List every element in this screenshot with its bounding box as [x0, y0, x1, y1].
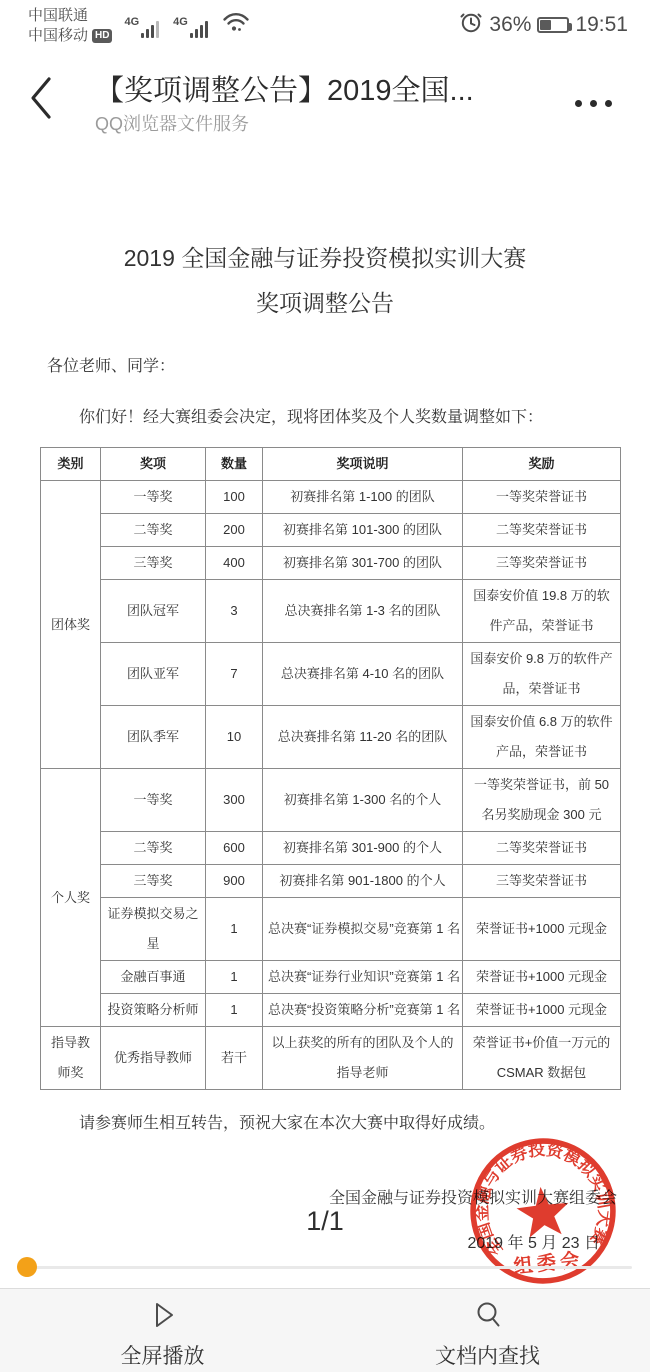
table-row: 指导教师奖优秀指导教师若干以上获奖的所有的团队及个人的指导老师荣誉证书+价值一万… — [41, 1027, 621, 1090]
description-cell: 总决赛排名第 4-10 名的团队 — [263, 643, 463, 706]
quantity-cell: 300 — [206, 769, 263, 832]
description-cell: 总决赛“投资策略分析”竞赛第 1 名 — [263, 994, 463, 1027]
back-button[interactable] — [22, 70, 62, 126]
description-cell: 总决赛排名第 11-20 名的团队 — [263, 706, 463, 769]
hd-badge: HD — [92, 29, 112, 43]
document-title-bar: 【奖项调整公告】2019全国... — [95, 68, 535, 109]
table-row: 二等奖200初赛排名第 101-300 的团队二等奖荣誉证书 — [41, 514, 621, 547]
more-menu-button[interactable] — [569, 94, 618, 113]
description-cell: 总决赛排名第 1-3 名的团队 — [263, 580, 463, 643]
column-header: 奖项 — [101, 448, 206, 481]
award-name-cell: 团队亚军 — [101, 643, 206, 706]
reward-cell: 二等奖荣誉证书 — [463, 514, 621, 547]
description-cell: 以上获奖的所有的团队及个人的指导老师 — [263, 1027, 463, 1090]
category-cell: 个人奖 — [41, 769, 101, 1027]
nav-bar: 【奖项调整公告】2019全国... QQ浏览器文件服务 — [0, 52, 650, 142]
quantity-cell: 1 — [206, 961, 263, 994]
reward-cell: 国泰安价值 6.8 万的软件产品，荣誉证书 — [463, 706, 621, 769]
table-row: 团队冠军3总决赛排名第 1-3 名的团队国泰安价值 19.8 万的软件产品，荣誉… — [41, 580, 621, 643]
quantity-cell: 600 — [206, 832, 263, 865]
awards-table: 类别奖项数量奖项说明奖励 团体奖一等奖100初赛排名第 1-100 的团队一等奖… — [40, 447, 621, 1090]
reward-cell: 国泰安价值 19.8 万的软件产品，荣誉证书 — [463, 580, 621, 643]
description-cell: 总决赛“证券模拟交易”竞赛第 1 名 — [263, 898, 463, 961]
table-row: 证券模拟交易之星1总决赛“证券模拟交易”竞赛第 1 名荣誉证书+1000 元现金 — [41, 898, 621, 961]
quantity-cell: 3 — [206, 580, 263, 643]
reward-cell: 荣誉证书+价值一万元的 CSMAR 数据包 — [463, 1027, 621, 1090]
description-cell: 初赛排名第 901-1800 的个人 — [263, 865, 463, 898]
salutation: 各位老师、同学： — [47, 353, 650, 376]
document-page: 2019 全国金融与证券投资模拟实训大赛 奖项调整公告 各位老师、同学： 你们好… — [0, 145, 650, 1253]
quantity-cell: 1 — [206, 898, 263, 961]
fullscreen-play-label: 全屏播放 — [121, 1340, 205, 1370]
award-name-cell: 团队季军 — [101, 706, 206, 769]
category-cell: 团体奖 — [41, 481, 101, 769]
closing-line: 请参赛师生相互转告，预祝大家在本次大赛中取得好成绩。 — [79, 1110, 650, 1133]
cellular-signal-icon-2: 4G — [173, 21, 208, 38]
search-icon — [473, 1299, 503, 1336]
column-header: 类别 — [41, 448, 101, 481]
table-row: 二等奖600初赛排名第 301-900 的个人二等奖荣誉证书 — [41, 832, 621, 865]
wifi-icon — [222, 11, 250, 38]
quantity-cell: 10 — [206, 706, 263, 769]
intro-paragraph: 你们好！经大赛组委会决定，现将团体奖及个人奖数量调整如下： — [79, 404, 650, 427]
reward-cell: 二等奖荣誉证书 — [463, 832, 621, 865]
reward-cell: 一等奖荣誉证书，前 50 名另奖励现金 300 元 — [463, 769, 621, 832]
reward-cell: 荣誉证书+1000 元现金 — [463, 898, 621, 961]
table-row: 团队季军10总决赛排名第 11-20 名的团队国泰安价值 6.8 万的软件产品，… — [41, 706, 621, 769]
quantity-cell: 100 — [206, 481, 263, 514]
cellular-signal-icon-1: 4G — [124, 21, 159, 38]
category-cell: 指导教师奖 — [41, 1027, 101, 1090]
column-header: 数量 — [206, 448, 263, 481]
carrier-names: 中国联通 中国移动 HD — [28, 6, 112, 46]
progress-slider-track[interactable] — [25, 1266, 632, 1269]
find-in-document-button[interactable]: 文档内查找 — [325, 1289, 650, 1372]
award-name-cell: 投资策略分析师 — [101, 994, 206, 1027]
description-cell: 初赛排名第 101-300 的团队 — [263, 514, 463, 547]
award-name-cell: 团队冠军 — [101, 580, 206, 643]
table-row: 团体奖一等奖100初赛排名第 1-100 的团队一等奖荣誉证书 — [41, 481, 621, 514]
award-name-cell: 三等奖 — [101, 865, 206, 898]
phone-screen: 中国联通 中国移动 HD 4G 4G — [0, 0, 650, 1372]
description-cell: 初赛排名第 301-900 的个人 — [263, 832, 463, 865]
quantity-cell: 900 — [206, 865, 263, 898]
award-name-cell: 三等奖 — [101, 547, 206, 580]
bottom-toolbar: 全屏播放 文档内查找 — [0, 1288, 650, 1372]
quantity-cell: 若干 — [206, 1027, 263, 1090]
status-bar: 中国联通 中国移动 HD 4G 4G — [0, 0, 650, 52]
progress-slider-handle[interactable] — [17, 1257, 37, 1277]
reward-cell: 三等奖荣誉证书 — [463, 547, 621, 580]
signature-org: 全国金融与证券投资模拟实训大赛组委会 — [0, 1185, 650, 1208]
table-row: 金融百事通1总决赛“证券行业知识”竞赛第 1 名荣誉证书+1000 元现金 — [41, 961, 621, 994]
table-row: 团队亚军7总决赛排名第 4-10 名的团队国泰安价 9.8 万的软件产品，荣誉证… — [41, 643, 621, 706]
award-name-cell: 金融百事通 — [101, 961, 206, 994]
table-row: 投资策略分析师1总决赛“投资策略分析”竞赛第 1 名荣誉证书+1000 元现金 — [41, 994, 621, 1027]
quantity-cell: 1 — [206, 994, 263, 1027]
quantity-cell: 200 — [206, 514, 263, 547]
awards-table-head-row: 类别奖项数量奖项说明奖励 — [41, 448, 621, 481]
description-cell: 初赛排名第 301-700 的团队 — [263, 547, 463, 580]
reward-cell: 三等奖荣誉证书 — [463, 865, 621, 898]
clock-time: 19:51 — [575, 13, 628, 37]
column-header: 奖项说明 — [263, 448, 463, 481]
reward-cell: 荣誉证书+1000 元现金 — [463, 961, 621, 994]
carrier-1: 中国联通 — [28, 6, 112, 26]
column-header: 奖励 — [463, 448, 621, 481]
description-cell: 初赛排名第 1-300 名的个人 — [263, 769, 463, 832]
table-row: 三等奖900初赛排名第 901-1800 的个人三等奖荣誉证书 — [41, 865, 621, 898]
description-cell: 总决赛“证券行业知识”竞赛第 1 名 — [263, 961, 463, 994]
carrier-2: 中国移动 — [28, 26, 88, 46]
table-row: 三等奖400初赛排名第 301-700 的团队三等奖荣誉证书 — [41, 547, 621, 580]
doc-title-line2: 奖项调整公告 — [0, 288, 650, 318]
reward-cell: 荣誉证书+1000 元现金 — [463, 994, 621, 1027]
alarm-clock-icon — [459, 10, 483, 40]
award-name-cell: 一等奖 — [101, 769, 206, 832]
battery-icon — [537, 17, 569, 33]
fullscreen-play-button[interactable]: 全屏播放 — [0, 1289, 325, 1372]
award-name-cell: 优秀指导教师 — [101, 1027, 206, 1090]
award-name-cell: 一等奖 — [101, 481, 206, 514]
reward-cell: 国泰安价 9.8 万的软件产品，荣誉证书 — [463, 643, 621, 706]
table-row: 个人奖一等奖300初赛排名第 1-300 名的个人一等奖荣誉证书，前 50 名另… — [41, 769, 621, 832]
award-name-cell: 二等奖 — [101, 514, 206, 547]
play-icon — [148, 1299, 178, 1336]
description-cell: 初赛排名第 1-100 的团队 — [263, 481, 463, 514]
doc-title-line1: 2019 全国金融与证券投资模拟实训大赛 — [0, 243, 650, 273]
quantity-cell: 400 — [206, 547, 263, 580]
service-subtitle: QQ浏览器文件服务 — [95, 110, 249, 136]
reward-cell: 一等奖荣誉证书 — [463, 481, 621, 514]
award-name-cell: 证券模拟交易之星 — [101, 898, 206, 961]
find-in-document-label: 文档内查找 — [435, 1340, 540, 1370]
battery-percent: 36% — [489, 13, 531, 37]
award-name-cell: 二等奖 — [101, 832, 206, 865]
quantity-cell: 7 — [206, 643, 263, 706]
page-indicator: 1/1 — [0, 1206, 650, 1237]
